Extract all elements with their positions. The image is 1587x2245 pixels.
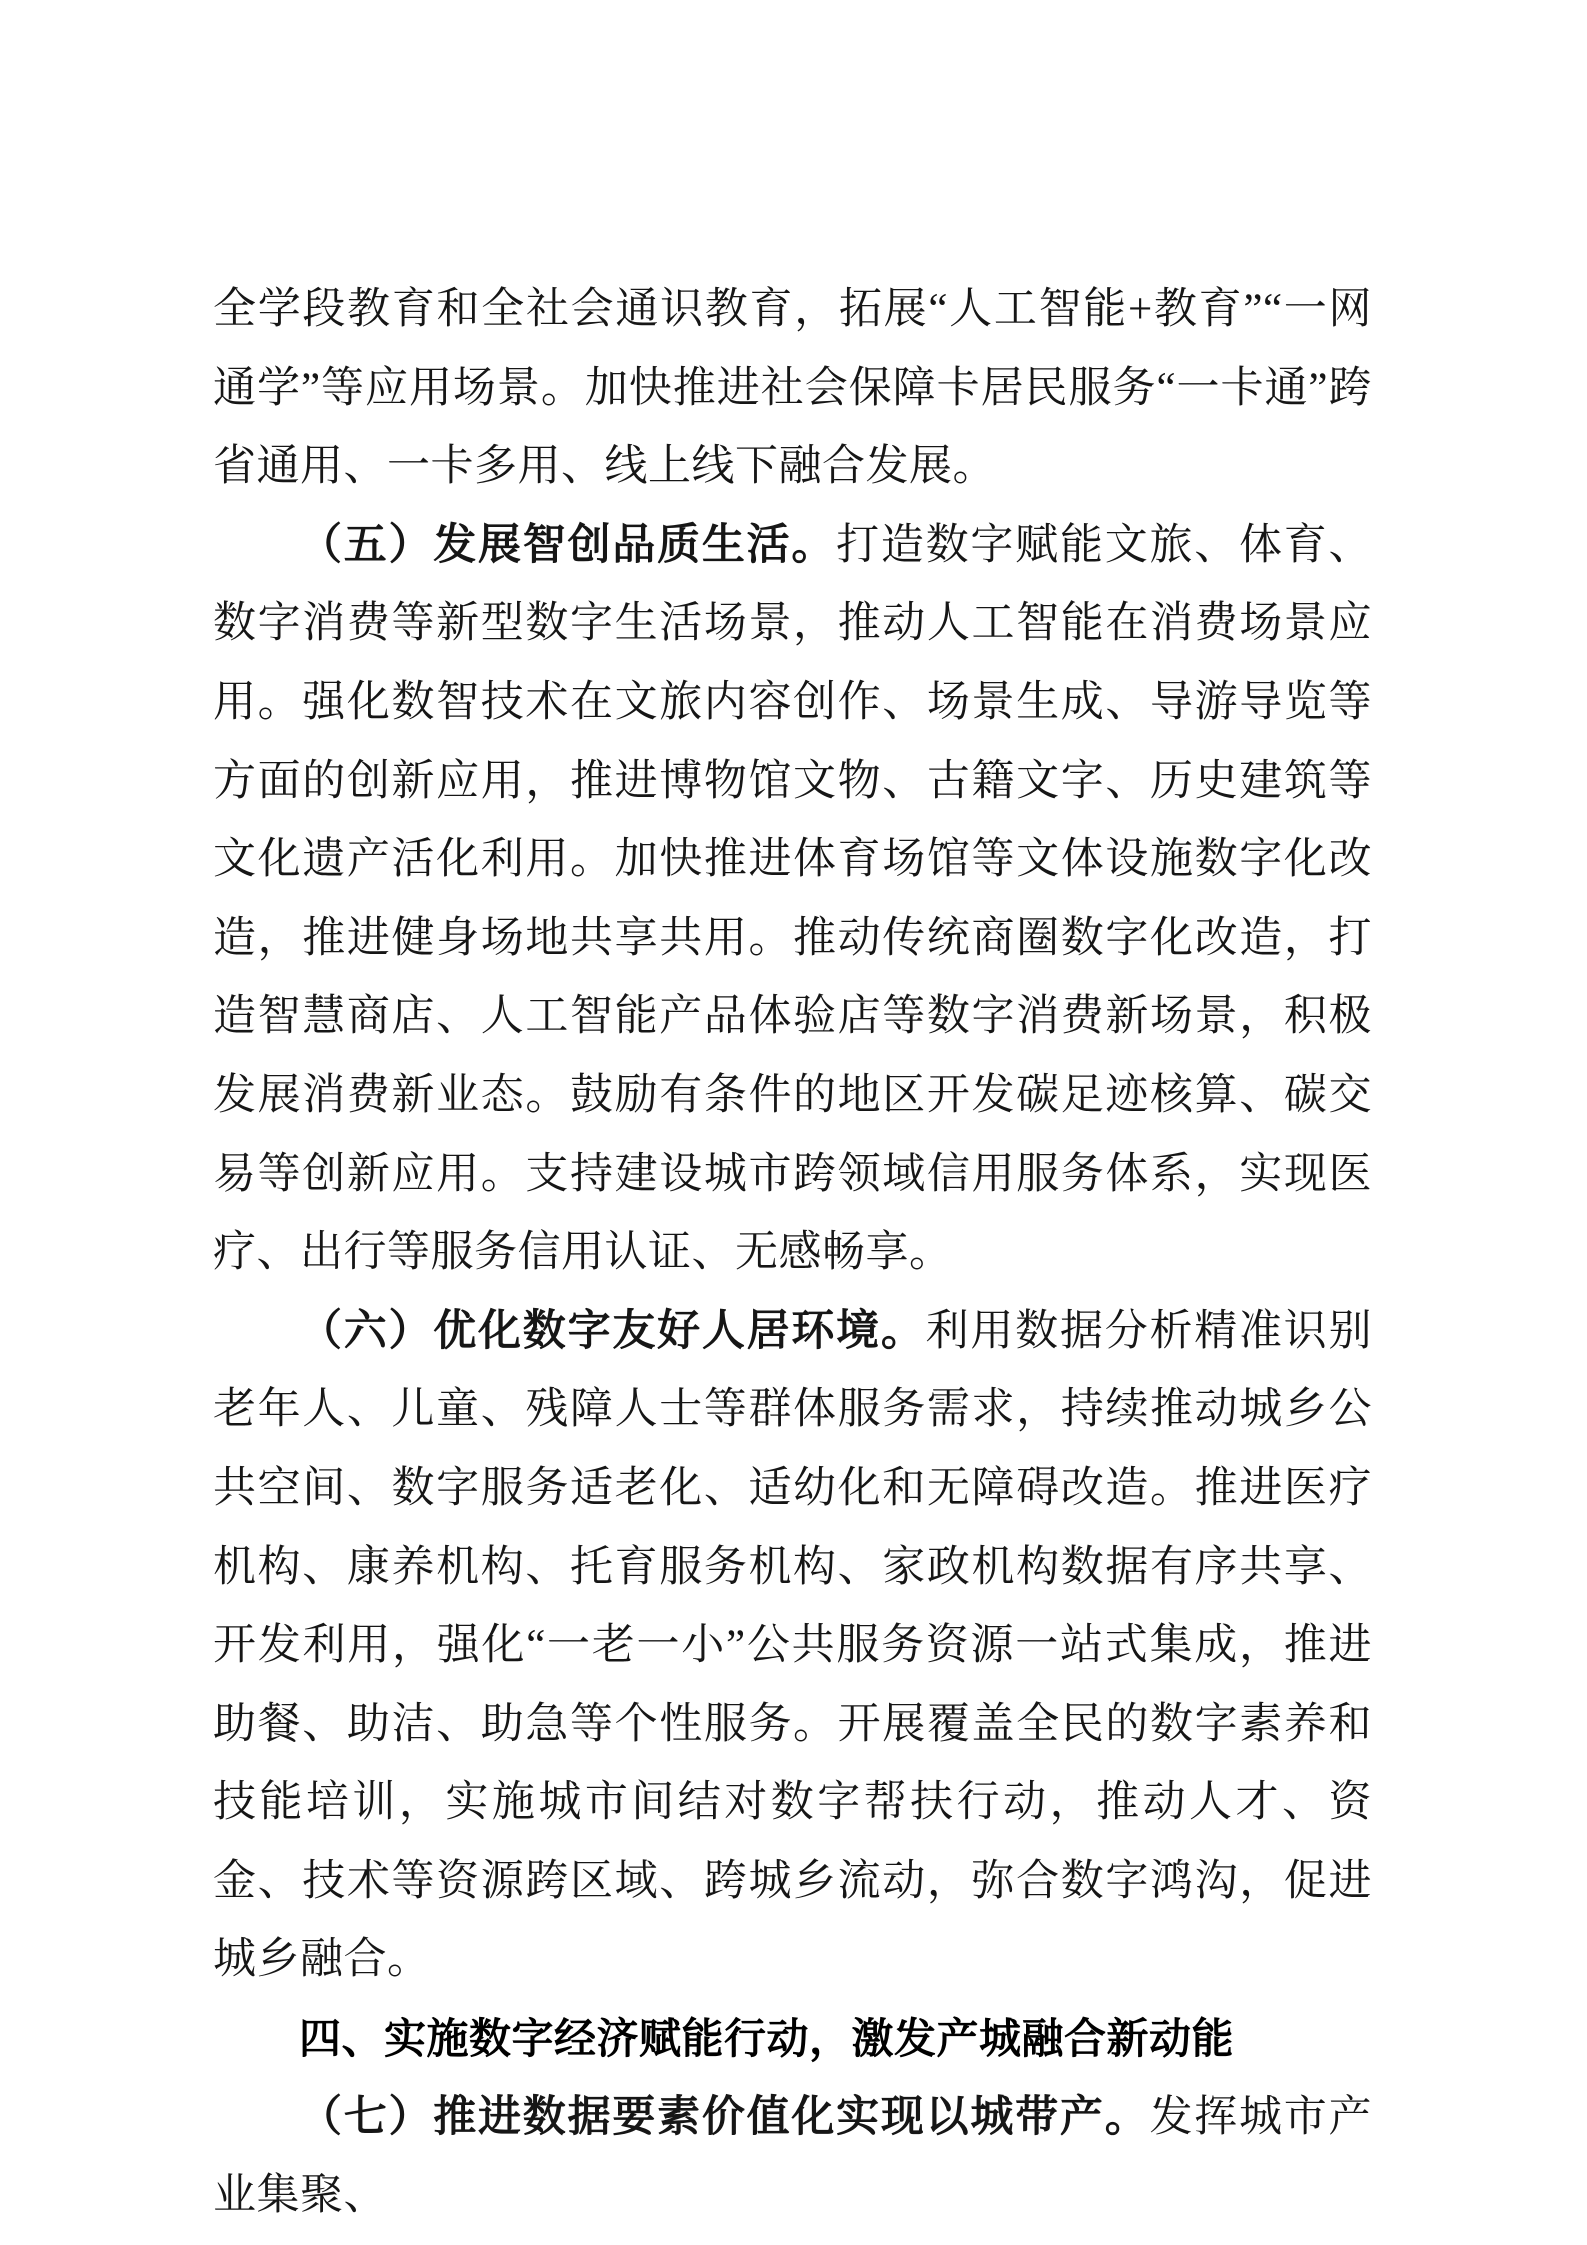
paragraph-item-6-lead: （六）优化数字友好人居环境。 — [299, 1308, 926, 1355]
paragraph-item-5: （五）发展智创品质生活。打造数字赋能文旅、体育、数字消费等新型数字生活场景，推动… — [213, 507, 1372, 1293]
paragraph-item-7: （七）推进数据要素价值化实现以城带产。发挥城市产业集聚、 — [213, 2079, 1372, 2236]
paragraph-item-5-text: 打造数字赋能文旅、体育、数字消费等新型数字生活场景，推动人工智能在消费场景应用。… — [213, 522, 1372, 1276]
paragraph-continued: 全学段教育和全社会通识教育，拓展“人工智能+教育”“一网通学”等应用场景。加快推… — [213, 271, 1372, 507]
paragraph-item-7-lead: （七）推进数据要素价值化实现以城带产。 — [299, 2094, 1149, 2141]
paragraph-item-6-text: 利用数据分析精准识别老年人、儿童、残障人士等群体服务需求，持续推动城乡公共空间、… — [213, 1308, 1372, 1984]
section-heading-4: 四、实施数字经济赋能行动，激发产城融合新动能 — [213, 2000, 1372, 2079]
paragraph-item-6: （六）优化数字友好人居环境。利用数据分析精准识别老年人、儿童、残障人士等群体服务… — [213, 1293, 1372, 2000]
paragraph-item-5-lead: （五）发展智创品质生活。 — [299, 522, 836, 569]
document-page: 全学段教育和全社会通识教育，拓展“人工智能+教育”“一网通学”等应用场景。加快推… — [0, 0, 1587, 2245]
